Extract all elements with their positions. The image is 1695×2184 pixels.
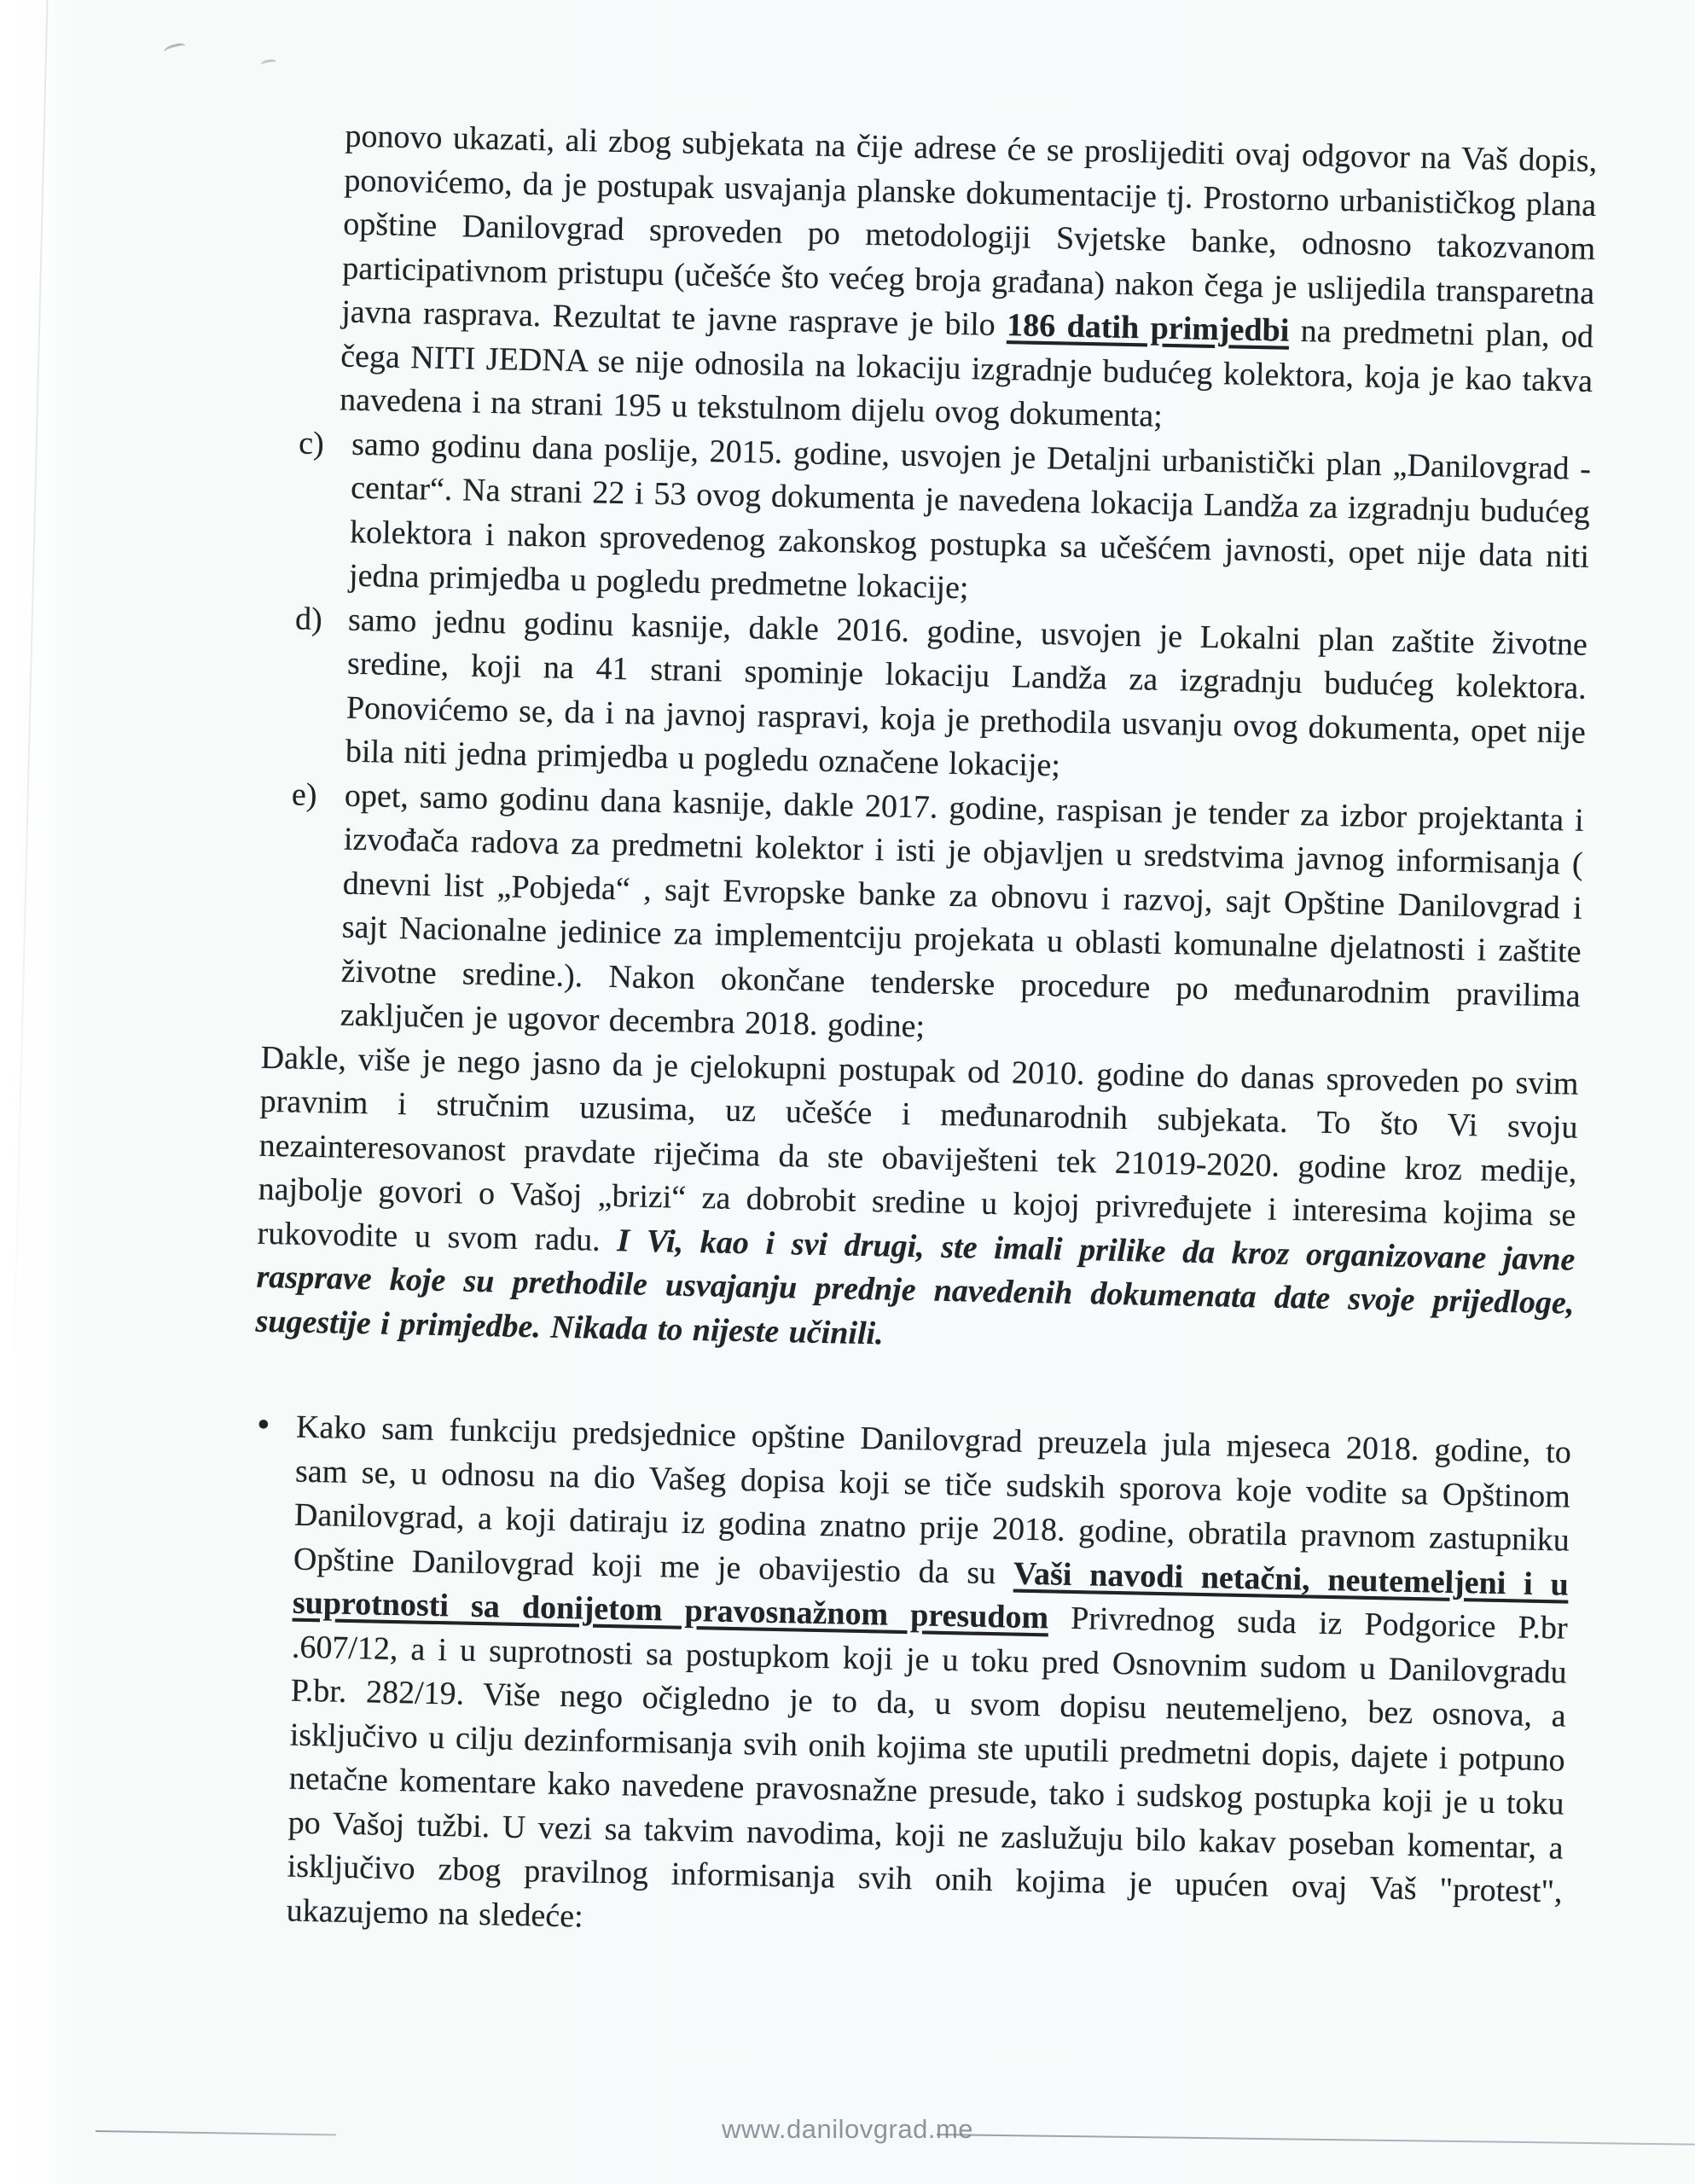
paragraph-4: Dakle, više je nego jasno da je cjelokup… bbox=[255, 1036, 1579, 1369]
letter-body: ponovo ukazati, ali zbog subjekata na či… bbox=[0, 107, 1695, 1960]
text-run-normal: opet, samo godinu dana kasnije, dakle 20… bbox=[340, 777, 1584, 1044]
list-item-3: e)opet, samo godinu dana kasnije, dakle … bbox=[340, 774, 1584, 1062]
list-item-2: d)samo jednu godinu kasnije, dakle 2016.… bbox=[345, 598, 1588, 799]
text-run-normal: ponovo ukazati, ali zbog subjekata na či… bbox=[341, 119, 1598, 344]
text-run-normal: samo godinu dana poslije, 2015. godine, … bbox=[349, 426, 1592, 606]
text-run-bold-underline: 186 datih primjedbi bbox=[1007, 307, 1290, 349]
pen-mark bbox=[163, 42, 187, 57]
bullet-marker: • bbox=[257, 1403, 270, 1447]
text-run-normal: Privrednog suda iz Podgorice P.br .607/1… bbox=[286, 1600, 1568, 1934]
bullet-item-5: •Kako sam funkciju predsjednice opštine … bbox=[286, 1406, 1571, 1959]
list-marker: d) bbox=[295, 597, 323, 642]
text-run-normal: samo jednu godinu kasnije, dakle 2016. g… bbox=[345, 601, 1588, 783]
pen-mark bbox=[260, 59, 276, 69]
text-run-normal: Dakle, više je nego jasno da je cjelokup… bbox=[257, 1039, 1579, 1258]
page-footer: www.danilovgrad.me bbox=[0, 2107, 1695, 2167]
scanned-letter-page: ponovo ukazati, ali zbog subjekata na či… bbox=[0, 0, 1695, 2184]
list-marker: c) bbox=[299, 421, 325, 466]
paragraph-0: ponovo ukazati, ali zbog subjekata na či… bbox=[340, 115, 1598, 448]
list-marker: e) bbox=[291, 773, 317, 817]
list-item-1: c)samo godinu dana poslije, 2015. godine… bbox=[349, 422, 1592, 623]
